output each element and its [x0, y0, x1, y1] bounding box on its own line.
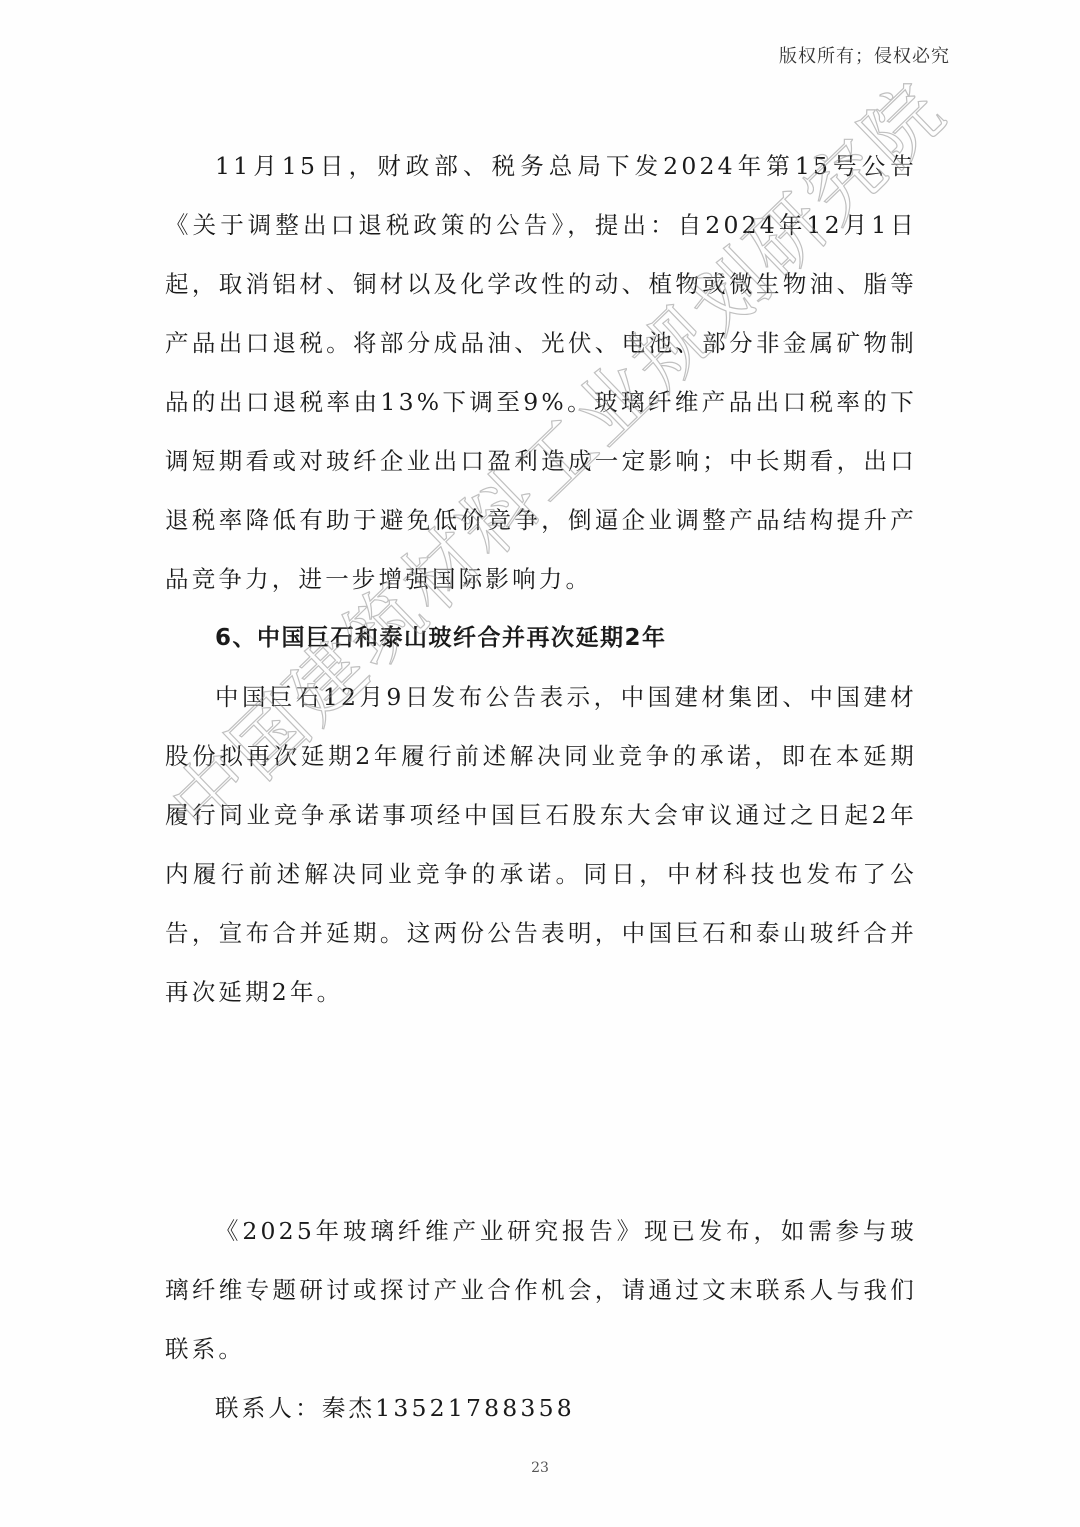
paragraph-merger-delay: 中国巨石12月9日发布公告表示，中国建材集团、中国建材股份拟再次延期2年履行前述…	[165, 668, 917, 1022]
contact-line: 联系人：秦杰13521788358	[165, 1379, 917, 1438]
contact-label: 联系人：	[215, 1394, 322, 1422]
contact-name: 秦杰	[322, 1394, 375, 1422]
page-number: 23	[0, 1460, 1080, 1476]
main-content: 11月15日，财政部、税务总局下发2024年第15号公告《关于调整出口退税政策的…	[165, 137, 917, 1022]
section-heading-6: 6、中国巨石和泰山玻纤合并再次延期2年	[165, 609, 917, 668]
closing-content: 《2025年玻璃纤维产业研究报告》现已发布，如需参与玻璃纤维专题研讨或探讨产业合…	[165, 1202, 917, 1438]
paragraph-export-tax-policy: 11月15日，财政部、税务总局下发2024年第15号公告《关于调整出口退税政策的…	[165, 137, 917, 609]
document-page: 版权所有；侵权必究 11月15日，财政部、税务总局下发2024年第15号公告《关…	[0, 0, 1080, 1527]
paragraph-report-notice: 《2025年玻璃纤维产业研究报告》现已发布，如需参与玻璃纤维专题研讨或探讨产业合…	[165, 1202, 917, 1379]
copyright-notice: 版权所有；侵权必究	[779, 42, 950, 68]
contact-phone: 13521788358	[375, 1394, 575, 1422]
